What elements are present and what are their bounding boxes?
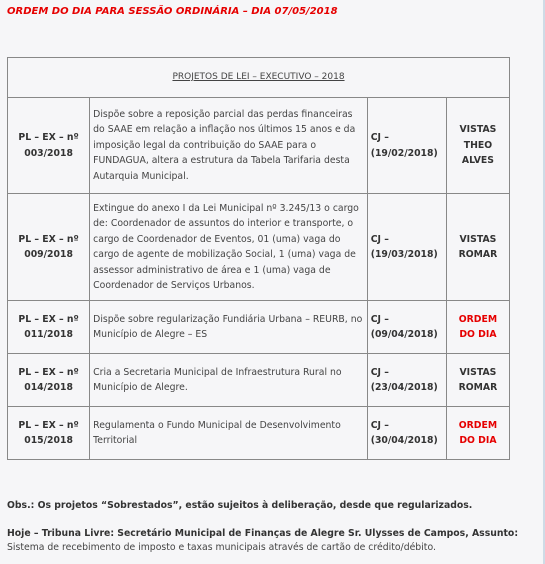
project-id-number: 014/2018 (24, 382, 73, 393)
project-id: PL – EX – nº 009/2018 (8, 194, 90, 301)
project-cj-date: CJ – (23/04/2018) (367, 354, 446, 407)
page-title: ORDEM DO DIA PARA SESSÃO ORDINÁRIA – DIA… (7, 6, 338, 17)
table-header: PROJETOS DE LEI – EXECUTIVO – 2018 (8, 58, 510, 98)
cj-label: CJ – (371, 420, 389, 431)
table-header-row: PROJETOS DE LEI – EXECUTIVO – 2018 (8, 58, 510, 98)
project-id-prefix: PL – EX – nº (18, 367, 78, 378)
table-row: PL – EX – nº 003/2018 Dispõe sobre a rep… (8, 98, 510, 194)
tribuna-livre-note: Hoje – Tribuna Livre: Secretário Municip… (7, 527, 542, 555)
project-status: ORDEM DO DIA (446, 407, 509, 460)
project-id-number: 015/2018 (24, 435, 73, 446)
project-id: PL – EX – nº 015/2018 (8, 407, 90, 460)
project-description: Cria a Secretaria Municipal de Infraestr… (90, 354, 368, 407)
table-row: PL – EX – nº 015/2018 Regulamenta o Fund… (8, 407, 510, 460)
cj-date: (19/02/2018) (371, 148, 438, 159)
project-id-prefix: PL – EX – nº (18, 420, 78, 431)
project-id-number: 003/2018 (24, 148, 73, 159)
cj-label: CJ – (371, 234, 389, 245)
cj-label: CJ – (371, 314, 389, 325)
cj-label: CJ – (371, 132, 389, 143)
tribuna-livre-heading: Hoje – Tribuna Livre: Secretário Municip… (7, 528, 518, 539)
observation-note: Obs.: Os projetos “Sobrestados”, estão s… (7, 500, 472, 511)
project-id-number: 009/2018 (24, 249, 73, 260)
project-status: VISTAS ROMAR (446, 354, 509, 407)
projects-table: PROJETOS DE LEI – EXECUTIVO – 2018 PL – … (7, 57, 510, 460)
cj-date: (23/04/2018) (371, 382, 438, 393)
tribuna-livre-subject: Sistema de recebimento de imposto e taxa… (7, 542, 436, 553)
project-description: Dispõe sobre regularização Fundiária Urb… (90, 301, 368, 354)
project-status: ORDEM DO DIA (446, 301, 509, 354)
project-id-prefix: PL – EX – nº (18, 314, 78, 325)
project-id: PL – EX – nº 003/2018 (8, 98, 90, 194)
project-description: Extingue do anexo I da Lei Municipal nº … (90, 194, 368, 301)
project-status: VISTAS THEO ALVES (446, 98, 509, 194)
table-row: PL – EX – nº 014/2018 Cria a Secretaria … (8, 354, 510, 407)
project-id: PL – EX – nº 011/2018 (8, 301, 90, 354)
table-row: PL – EX – nº 009/2018 Extingue do anexo … (8, 194, 510, 301)
cj-label: CJ – (371, 367, 389, 378)
project-status: VISTAS ROMAR (446, 194, 509, 301)
cj-date: (19/03/2018) (371, 249, 438, 260)
table-row: PL – EX – nº 011/2018 Dispõe sobre regul… (8, 301, 510, 354)
cj-date: (30/04/2018) (371, 435, 438, 446)
project-id: PL – EX – nº 014/2018 (8, 354, 90, 407)
project-description: Regulamenta o Fundo Municipal de Desenvo… (90, 407, 368, 460)
project-cj-date: CJ – (19/02/2018) (367, 98, 446, 194)
project-cj-date: CJ – (30/04/2018) (367, 407, 446, 460)
project-id-prefix: PL – EX – nº (18, 234, 78, 245)
project-id-number: 011/2018 (24, 329, 73, 340)
project-id-prefix: PL – EX – nº (18, 132, 78, 143)
project-cj-date: CJ – (19/03/2018) (367, 194, 446, 301)
project-description: Dispõe sobre a reposição parcial das per… (90, 98, 368, 194)
cj-date: (09/04/2018) (371, 329, 438, 340)
project-cj-date: CJ – (09/04/2018) (367, 301, 446, 354)
